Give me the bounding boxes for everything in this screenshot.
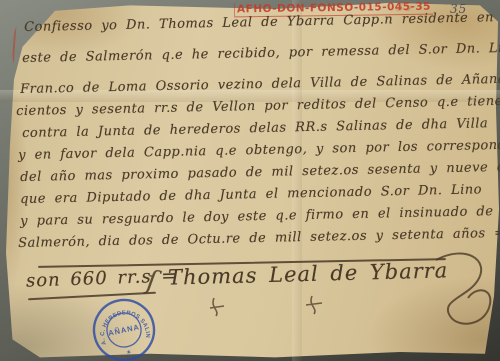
heirs-community-stamp: A. C. HEREDEROS SALINAS AÑANA ✶ [86,292,162,361]
document-scan: AFHO-DON-FONSO-015-045-35 35 35 Confiess… [0,0,500,361]
stamp-center-text: AÑANA [107,322,140,337]
red-margin-mark [12,27,20,63]
signature-rubric-flourish [428,242,498,337]
stamp-star: ✶ [125,348,133,357]
signature-tail-marks [200,294,370,320]
